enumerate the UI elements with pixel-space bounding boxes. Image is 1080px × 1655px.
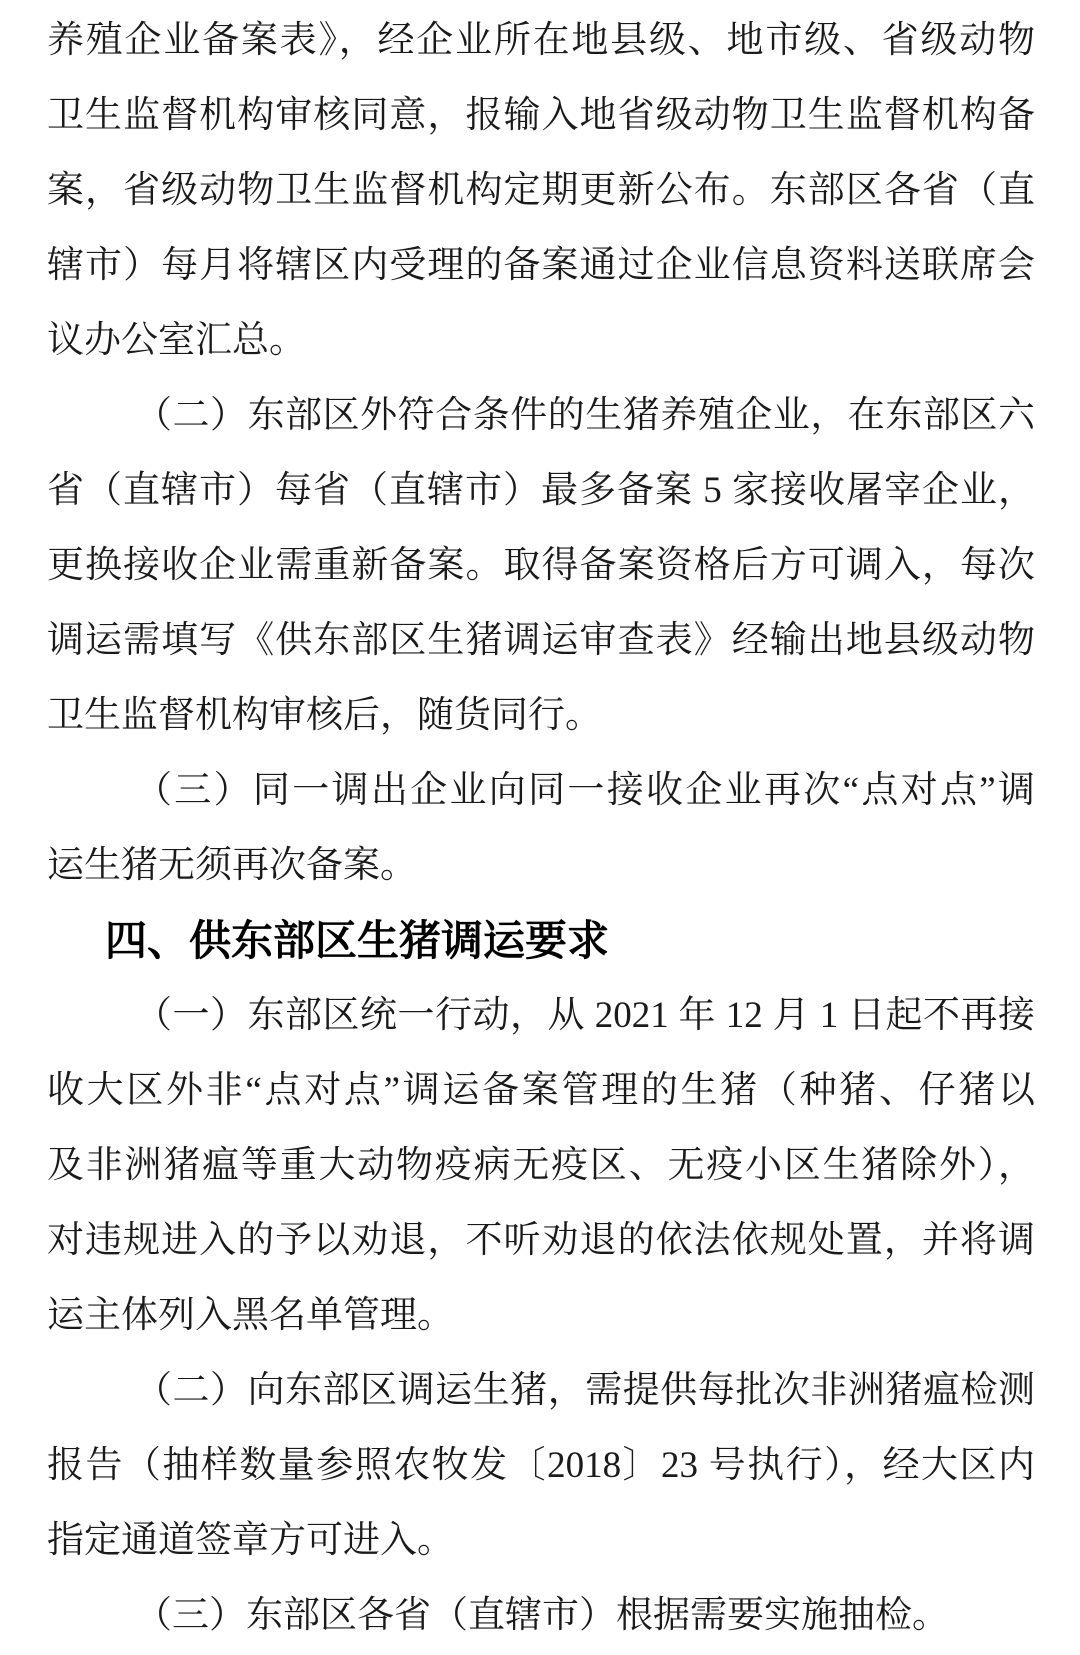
document-line: 报告（抽样数量参照农牧发〔2018〕23 号执行），经大区内 <box>47 1428 1035 1503</box>
body-paragraph: （二）向东部区调运生猪，需提供每批次非洲猪瘟检测 报告（抽样数量参照农牧发〔20… <box>47 1353 1035 1578</box>
document-line: 运主体列入黑名单管理。 <box>47 1278 1035 1353</box>
document-line: 及非洲猪瘟等重大动物疫病无疫区、无疫小区生猪除外）， <box>47 1128 1035 1203</box>
body-paragraph: （二）东部区外符合条件的生猪养殖企业，在东部区六 省（直辖市）每省（直辖市）最多… <box>47 378 1035 753</box>
document-line: （二）向东部区调运生猪，需提供每批次非洲猪瘟检测 <box>47 1353 1035 1428</box>
section-heading-paragraph: 四、供东部区生猪调运要求 <box>47 903 1035 978</box>
document-line: 省（直辖市）每省（直辖市）最多备案 5 家接收屠宰企业， <box>47 453 1035 528</box>
document-line: （三）东部区各省（直辖市）根据需要实施抽检。 <box>47 1578 1035 1653</box>
document-line: 更换接收企业需重新备案。取得备案资格后方可调入，每次 <box>47 528 1035 603</box>
document-line: 案，省级动物卫生监督机构定期更新公布。东部区各省（直 <box>47 153 1035 228</box>
section-heading: 四、供东部区生猪调运要求 <box>47 903 1035 978</box>
body-paragraph: 养殖企业备案表》，经企业所在地县级、地市级、省级动物 卫生监督机构审核同意，报输… <box>47 3 1035 378</box>
document-line: 收大区外非“点对点”调运备案管理的生猪（种猪、仔猪以 <box>47 1053 1035 1128</box>
document-line: 养殖企业备案表》，经企业所在地县级、地市级、省级动物 <box>47 3 1035 78</box>
document-page: 养殖企业备案表》，经企业所在地县级、地市级、省级动物 卫生监督机构审核同意，报输… <box>0 0 1080 1655</box>
document-text-block: 养殖企业备案表》，经企业所在地县级、地市级、省级动物 卫生监督机构审核同意，报输… <box>47 3 1035 1653</box>
body-paragraph: （三）同一调出企业向同一接收企业再次“点对点”调 运生猪无须再次备案。 <box>47 753 1035 903</box>
document-line: （一）东部区统一行动，从 2021 年 12 月 1 日起不再接 <box>47 978 1035 1053</box>
body-paragraph: （三）东部区各省（直辖市）根据需要实施抽检。 <box>47 1578 1035 1653</box>
body-paragraph: （一）东部区统一行动，从 2021 年 12 月 1 日起不再接 收大区外非“点… <box>47 978 1035 1353</box>
document-line: 指定通道签章方可进入。 <box>47 1503 1035 1578</box>
document-line: 辖市）每月将辖区内受理的备案通过企业信息资料送联席会 <box>47 228 1035 303</box>
document-line: （二）东部区外符合条件的生猪养殖企业，在东部区六 <box>47 378 1035 453</box>
document-line: （三）同一调出企业向同一接收企业再次“点对点”调 <box>47 753 1035 828</box>
document-line: 卫生监督机构审核后，随货同行。 <box>47 678 1035 753</box>
document-line: 对违规进入的予以劝退，不听劝退的依法依规处置，并将调 <box>47 1203 1035 1278</box>
document-line: 议办公室汇总。 <box>47 303 1035 378</box>
document-line: 调运需填写《供东部区生猪调运审查表》经输出地县级动物 <box>47 603 1035 678</box>
document-line: 卫生监督机构审核同意，报输入地省级动物卫生监督机构备 <box>47 78 1035 153</box>
document-line: 运生猪无须再次备案。 <box>47 828 1035 903</box>
